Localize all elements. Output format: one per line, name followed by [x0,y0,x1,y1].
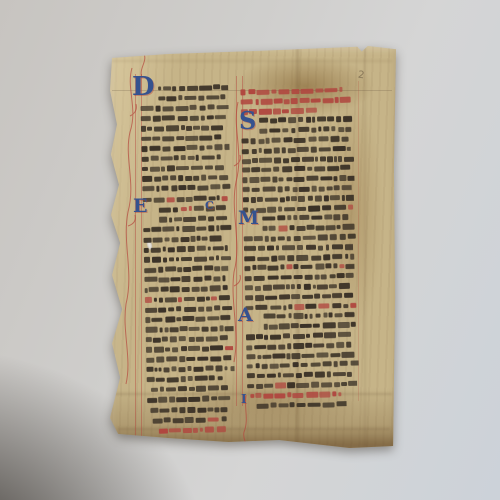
script-word [264,334,268,339]
script-word [283,334,291,339]
script-word [269,128,280,133]
script-word [287,343,291,348]
script-word [291,128,296,134]
script-word [327,372,332,377]
script-word [331,126,336,131]
script-word [340,97,351,103]
script-word [263,314,275,320]
script-word [188,346,199,351]
script-word [308,195,313,201]
script-word [259,108,272,114]
script-word [221,416,226,421]
script-word [306,343,313,348]
script-word [327,166,339,172]
script-word [300,98,310,103]
script-word [206,146,213,150]
script-word [158,87,161,91]
script-word [151,318,163,323]
script-word [244,236,253,241]
script-word [333,372,346,377]
script-word [318,127,321,132]
script-word [142,176,152,182]
script-word [146,337,152,342]
script-word [297,226,305,231]
script-word [198,95,204,101]
script-word [320,176,332,181]
script-word [305,304,316,309]
script-word [185,136,198,141]
script-word [225,245,228,251]
script-word [156,357,164,363]
script-word [323,401,336,406]
script-word [350,322,355,327]
script-word [272,89,277,94]
script-word [159,207,171,212]
script-word [159,367,162,372]
script-word [222,196,228,200]
script-word [225,326,234,332]
script-word [315,196,322,202]
script-word [292,353,301,359]
script-word [166,388,176,393]
script-word [215,205,226,211]
script-word [258,265,266,271]
script-word [337,225,341,229]
script-word [202,396,209,402]
script-word [197,186,209,191]
script-word [259,157,272,162]
script-word [246,334,255,340]
script-word [269,324,278,330]
script-word [158,266,163,272]
script-word [291,284,295,289]
script-word [206,115,213,120]
script-word [336,117,341,123]
script-word [279,197,284,202]
script-word [350,302,356,308]
script-word [264,383,273,388]
script-word [215,115,226,120]
script-word [204,265,212,270]
script-word [334,205,347,210]
script-word [198,215,207,220]
script-word [263,226,268,231]
script-word [162,176,167,181]
script-word [216,225,219,231]
script-word [216,215,227,220]
script-word [292,187,297,192]
script-word [209,256,214,261]
script-word [202,346,209,352]
script-word [348,176,355,181]
script-word [168,307,174,312]
script-word [340,234,346,240]
script-word [321,382,332,387]
script-word [294,177,304,182]
script-word [287,236,291,241]
script-word [318,245,323,249]
script-word [188,185,196,191]
script-word [271,137,281,143]
script-word [303,284,311,290]
script-word [267,245,274,250]
script-word [291,108,304,114]
script-word [345,253,349,258]
script-word [222,184,230,189]
script-word [307,176,319,181]
script-word [315,88,324,93]
script-word [184,95,197,100]
script-word [188,367,192,372]
script-word [214,266,220,271]
script-word [282,167,293,173]
script-word [286,285,289,290]
script-word [161,287,169,292]
script-word [196,417,206,422]
script-word [278,117,286,123]
script-word [294,137,306,142]
script-word [343,224,355,230]
script-word [201,175,206,180]
script-word [220,335,228,340]
script-word [157,187,160,192]
script-word [188,397,200,402]
script-word [256,334,263,338]
script-word [293,392,304,397]
script-word [166,126,179,132]
script-word [192,286,200,291]
script-word [265,197,278,202]
script-word [142,167,148,172]
script-word [168,247,174,252]
script-word [254,276,265,281]
script-word [267,276,279,281]
script-word [177,267,182,272]
script-word [313,343,324,348]
script-word [266,138,269,143]
crease-line [364,46,366,448]
script-word [165,327,169,332]
script-word [269,226,277,231]
script-word [313,332,323,337]
script-word [183,216,196,221]
script-word [196,317,206,322]
script-word [153,418,163,423]
script-word [299,187,310,192]
script-word [317,117,326,122]
script-word [146,358,154,363]
script-word [277,236,284,241]
illuminated-initial: S [239,110,256,132]
script-word [339,87,342,92]
script-word [312,284,315,288]
script-word [296,255,308,261]
script-word [264,149,272,154]
script-word [172,347,179,352]
script-word [299,215,310,220]
script-word [187,156,194,161]
script-word [176,136,184,140]
script-word [176,257,179,261]
script-word [293,334,305,340]
script-word [163,226,175,231]
script-word [318,186,324,191]
script-word [165,237,170,241]
script-word [193,176,198,181]
illuminated-initial: D [132,76,155,99]
script-word [271,402,276,406]
script-word [163,147,171,152]
script-word [274,98,283,104]
script-word [145,288,148,294]
script-word [210,286,221,292]
script-word [220,175,229,181]
script-word [206,95,219,100]
script-word [333,362,338,368]
script-word [207,407,213,412]
script-word [244,245,256,251]
script-word [348,233,356,239]
script-word [325,88,337,93]
script-word [261,364,268,369]
script-word [305,314,308,319]
script-word [158,397,167,402]
illuminated-initial: I [241,394,247,405]
script-word [201,326,209,331]
script-word [167,377,179,382]
script-word [175,106,188,111]
script-word [158,428,167,433]
script-word [293,275,303,280]
script-word [265,236,269,242]
script-word [311,255,322,260]
script-word [300,265,312,270]
script-word [177,246,186,252]
script-word [221,85,228,91]
script-word [326,244,330,250]
script-word [150,407,158,412]
script-word [245,285,253,291]
script-word [196,337,204,342]
script-word [277,216,286,222]
script-word [338,322,350,328]
script-word [327,156,333,162]
script-word [300,323,311,328]
script-word [173,146,185,152]
script-word [255,295,265,301]
script-word [142,157,149,162]
script-word [185,176,191,181]
script-word [197,296,204,301]
script-word [218,295,229,300]
script-word [144,257,150,263]
script-word [223,285,228,290]
crease-line [112,60,392,62]
script-word [181,347,187,352]
script-word [334,176,338,182]
script-word [151,388,158,393]
script-word [254,236,263,241]
script-word [259,118,268,123]
script-word [215,366,222,372]
script-word [171,277,181,282]
script-word [206,306,212,311]
script-word [209,235,222,241]
script-word [332,302,342,308]
script-word [287,255,295,261]
script-word [315,225,325,230]
script-word [141,147,147,153]
script-word [252,187,261,192]
script-word [225,346,233,351]
script-word [208,225,214,231]
script-word [178,387,187,392]
script-word [282,108,289,112]
script-word [282,245,295,251]
script-word [275,393,286,398]
script-word [298,127,309,133]
script-word [222,306,232,310]
script-word [206,336,218,341]
script-word [333,146,346,152]
script-word [194,257,207,262]
script-word [308,205,320,211]
script-word [199,85,211,90]
script-word [259,129,267,134]
script-word [322,322,335,328]
script-word [167,166,175,172]
script-word [326,186,332,191]
script-word [324,332,336,338]
script-word [176,226,179,231]
script-word [164,368,170,373]
script-word [154,297,157,302]
script-word [230,366,234,371]
script-word [199,136,212,141]
script-word [336,342,344,348]
script-word [284,186,290,192]
script-word [287,215,291,221]
script-word [171,407,177,412]
script-word [336,401,346,406]
script-word [162,136,175,141]
script-word [247,384,254,389]
script-word [267,265,279,271]
script-word [316,352,328,357]
script-word [176,306,182,311]
script-word [322,294,331,298]
script-word [294,264,299,270]
script-word [242,158,251,164]
script-word [160,387,164,392]
script-word [267,344,276,349]
script-word [258,139,265,144]
script-word [208,246,211,251]
script-word [192,427,198,432]
script-word [147,126,152,131]
script-word [246,354,255,359]
script-word [277,186,283,192]
script-word [141,126,146,131]
script-word [315,274,319,280]
script-word [254,344,266,349]
script-word [220,326,224,332]
script-word [259,148,262,153]
script-word [261,168,271,173]
script-word [153,197,164,202]
script-word [269,364,279,369]
script-word [163,86,171,91]
script-word [318,235,328,241]
script-word [336,273,344,278]
script-word [278,403,288,408]
script-word [250,138,256,144]
script-word [242,178,247,184]
script-word [338,332,351,338]
script-word [322,205,332,210]
script-word [271,255,277,261]
script-word [306,117,311,123]
script-word [208,216,214,221]
script-word [323,127,329,132]
script-word [315,156,319,161]
script-word [218,396,230,401]
script-word [347,372,351,377]
illuminated-initial: C [205,201,214,211]
script-word [278,344,285,349]
script-word [224,366,228,371]
script-word [286,265,293,270]
script-word [281,265,284,270]
script-word [207,416,219,421]
script-word [262,186,275,191]
script-word [187,145,198,150]
script-word [290,98,297,104]
script-word [150,156,159,161]
script-word [170,327,179,332]
script-word [344,293,353,298]
script-word [163,257,167,263]
script-word [330,195,340,200]
text-line [256,399,346,410]
script-word [182,287,190,292]
script-word [222,386,228,391]
script-word [326,225,335,230]
script-word [346,195,354,201]
script-word [310,363,320,368]
ruled-line [135,74,136,438]
script-word [162,106,173,112]
script-word [186,126,192,131]
script-word [332,254,343,260]
script-word [159,217,167,223]
script-word [186,197,192,202]
script-word [174,155,179,161]
script-word [201,155,214,160]
script-word [274,147,280,153]
script-word [192,265,202,270]
script-word [174,216,182,221]
script-word [182,276,191,282]
script-word [142,186,154,192]
script-word [334,264,338,269]
script-word [326,343,334,348]
script-word [220,95,225,100]
script-word [252,149,257,154]
script-word [334,215,341,221]
script-word [323,254,330,260]
script-word [342,214,349,220]
